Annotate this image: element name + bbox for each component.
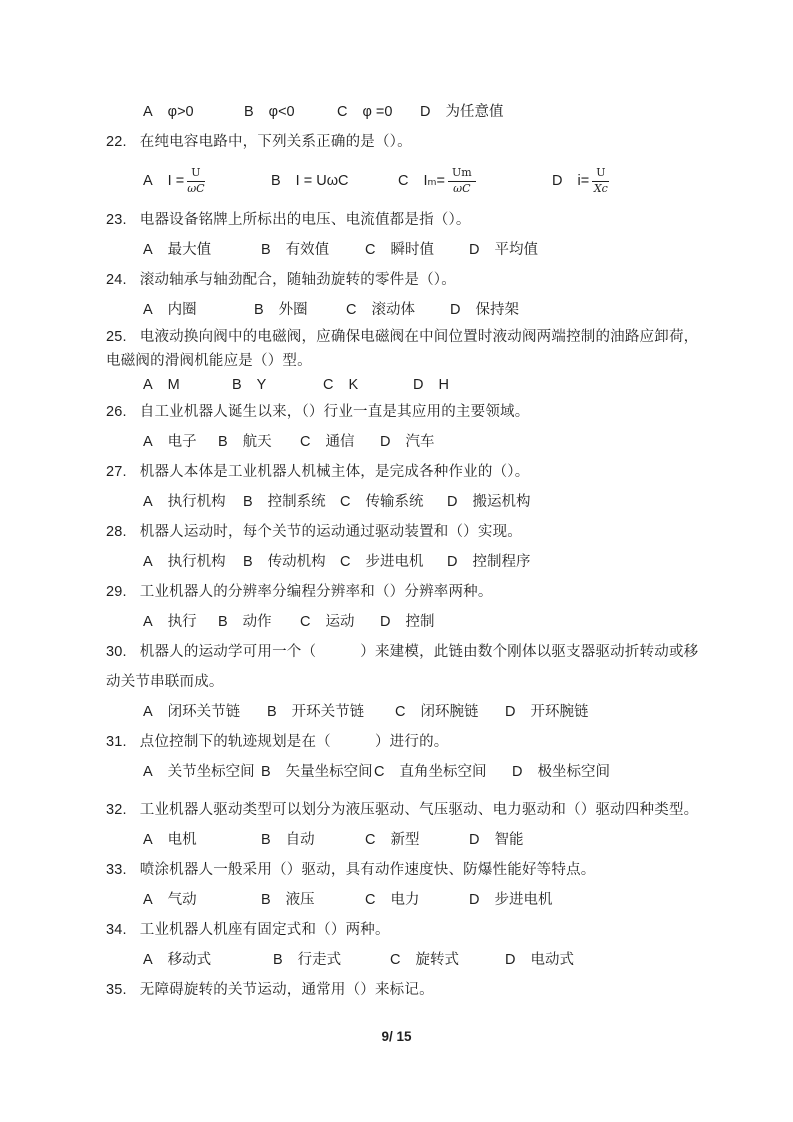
option-b: B行走式 — [273, 945, 390, 975]
question-text: 工业机器人的分辨率分编程分辨率和（）分辨率两种。 — [140, 584, 493, 600]
option-text: 闭环关节链 — [168, 697, 241, 727]
question-text: 电液动换向阀中的电磁阀，应确保电磁阀在中间位置时液动阀两端控制的油路应卸荷， — [140, 329, 699, 345]
question-22: 22.在纯电容电路中，下列关系正确的是（）。 AI =UωC BI = UωC … — [106, 127, 698, 205]
option-b: B矢量坐标空间 — [261, 757, 374, 787]
option-d: Di=UXc — [552, 157, 698, 205]
question-stem: 27.机器人本体是工业机器人机械主体，是完成各种作业的（）。 — [106, 457, 698, 487]
option-label: C — [390, 945, 400, 975]
option-label: D — [450, 295, 460, 325]
question-stem: 26.自工业机器人诞生以来，（）行业一直是其应用的主要领域。 — [106, 397, 698, 427]
option-b: BI = UωC — [271, 157, 398, 205]
question-number: 32. — [106, 795, 127, 825]
formula-pre: Iₘ= — [423, 157, 445, 205]
question-30: 30.机器人的运动学可用一个（ ）来建模，此链由数个刚体以驱支器驱动折转动或移动… — [106, 637, 698, 727]
option-text: 瞬时值 — [390, 235, 434, 265]
option-text: 电机 — [168, 825, 197, 855]
page-number: 9/ 15 — [0, 1022, 793, 1052]
option-text: 执行机构 — [168, 547, 226, 577]
option-b: B动作 — [218, 607, 300, 637]
option-label: B — [218, 607, 228, 637]
question-stem: 23.电器设备铭牌上所标出的电压、电流值都是指（）。 — [106, 205, 698, 235]
option-text: K — [348, 373, 358, 397]
option-label: D — [469, 885, 479, 915]
options-row: A执行 B动作 C运动 D控制 — [143, 607, 698, 637]
option-label: C — [300, 427, 310, 457]
option-d: D开环腕链 — [505, 697, 698, 727]
option-c: C运动 — [300, 607, 380, 637]
option-label: D — [380, 427, 390, 457]
question-text-line2: 动关节串联而成。 — [106, 667, 698, 697]
question-number: 30. — [106, 637, 127, 667]
option-text: 执行 — [168, 607, 197, 637]
fraction: UωC — [187, 167, 204, 195]
options-row: AM BY CK DH — [143, 373, 698, 397]
question-21-options-row: Aφ>0 Bφ<0 Cφ =0 D为任意值 — [143, 97, 698, 127]
option-c: C步进电机 — [340, 547, 447, 577]
option-text: 极坐标空间 — [537, 757, 610, 787]
option-a: A闭环关节链 — [143, 697, 267, 727]
question-text: 在纯电容电路中，下列关系正确的是（）。 — [140, 134, 412, 150]
question-text: 无障碍旋转的关节运动，通常用（）来标记。 — [140, 982, 434, 998]
option-text: 矢量坐标空间 — [286, 757, 373, 787]
formula-pre: i= — [577, 157, 589, 205]
option-text: 为任意值 — [445, 97, 503, 127]
option-d: D平均值 — [469, 235, 698, 265]
question-stem: 28.机器人运动时，每个关节的运动通过驱动装置和（）实现。 — [106, 517, 698, 547]
option-d: D汽车 — [380, 427, 698, 457]
question-number: 29. — [106, 577, 127, 607]
option-label: A — [143, 427, 153, 457]
option-a: A电机 — [143, 825, 261, 855]
option-b: Bφ<0 — [244, 97, 337, 127]
question-33: 33.喷涂机器人一般采用（）驱动，具有动作速度快、防爆性能好等特点。 A气动 B… — [106, 855, 698, 915]
option-a: A执行机构 — [143, 547, 243, 577]
question-32: 32.工业机器人驱动类型可以划分为液压驱动、气压驱动、电力驱动和（）驱动四种类型… — [106, 795, 698, 855]
document-page: Aφ>0 Bφ<0 Cφ =0 D为任意值 22.在纯电容电路中，下列关系正确的… — [0, 0, 793, 1122]
option-label: A — [143, 157, 153, 205]
fraction-numerator: Um — [448, 167, 476, 182]
question-number: 31. — [106, 727, 127, 757]
options-row: A内圈 B外圈 C滚动体 D保持架 — [143, 295, 698, 325]
option-c: C传输系统 — [340, 487, 447, 517]
question-number: 34. — [106, 915, 127, 945]
option-c: C新型 — [365, 825, 469, 855]
option-d: DH — [413, 373, 698, 397]
option-label: C — [337, 97, 347, 127]
question-stem: 22.在纯电容电路中，下列关系正确的是（）。 — [106, 127, 698, 157]
question-stem: 29.工业机器人的分辨率分编程分辨率和（）分辨率两种。 — [106, 577, 698, 607]
option-text: 传动机构 — [268, 547, 326, 577]
option-text: 旋转式 — [415, 945, 459, 975]
question-stem: 31.点位控制下的轨迹规划是在（ ）进行的。 — [106, 727, 698, 757]
option-c: C直角坐标空间 — [374, 757, 512, 787]
question-stem: 34.工业机器人机座有固定式和（）两种。 — [106, 915, 698, 945]
options-row: AI =UωC BI = UωC CIₘ=UmωC Di=UXc — [143, 157, 698, 205]
option-a: A移动式 — [143, 945, 273, 975]
option-text: 控制系统 — [268, 487, 326, 517]
question-number: 25. — [106, 325, 127, 349]
question-text: 机器人的运动学可用一个（ ）来建模，此链由数个刚体以驱支器驱动折转动或移 — [140, 644, 699, 660]
option-c: CIₘ=UmωC — [398, 157, 552, 205]
fraction-numerator: U — [592, 167, 609, 182]
option-label: C — [398, 157, 408, 205]
option-d: D控制程序 — [447, 547, 698, 577]
formula-pre: I = — [168, 157, 185, 205]
option-label: C — [365, 825, 375, 855]
options-row: A执行机构 B控制系统 C传输系统 D搬运机构 — [143, 487, 698, 517]
option-b: B外圈 — [254, 295, 346, 325]
option-b: B航天 — [218, 427, 300, 457]
option-text: φ>0 — [168, 97, 194, 127]
option-label: A — [143, 945, 153, 975]
option-label: B — [261, 825, 271, 855]
option-c: C通信 — [300, 427, 380, 457]
question-31: 31.点位控制下的轨迹规划是在（ ）进行的。 A关节坐标空间 B矢量坐标空间 C… — [106, 727, 698, 787]
option-label: A — [143, 607, 153, 637]
option-label: D — [505, 945, 515, 975]
option-d: D极坐标空间 — [512, 757, 698, 787]
question-text: 滚动轴承与轴劲配合，随轴劲旋转的零件是（）。 — [140, 272, 456, 288]
option-text: I = UωC — [296, 157, 349, 205]
option-text: 自动 — [286, 825, 315, 855]
fraction: UXc — [592, 167, 609, 195]
options-row: A移动式 B行走式 C旋转式 D电动式 — [143, 945, 698, 975]
question-24: 24.滚动轴承与轴劲配合，随轴劲旋转的零件是（）。 A内圈 B外圈 C滚动体 D… — [106, 265, 698, 325]
option-text: 执行机构 — [168, 487, 226, 517]
option-label: A — [143, 373, 153, 397]
option-label: D — [420, 97, 430, 127]
option-text: 电动式 — [530, 945, 574, 975]
option-label: D — [469, 825, 479, 855]
option-text: 步进电机 — [494, 885, 552, 915]
option-label: B — [244, 97, 254, 127]
option-b: B开环关节链 — [267, 697, 395, 727]
option-text: 汽车 — [405, 427, 434, 457]
option-a: A执行机构 — [143, 487, 243, 517]
option-label: C — [340, 487, 350, 517]
option-c: C滚动体 — [346, 295, 450, 325]
options-row: A闭环关节链 B开环关节链 C闭环腕链 D开环腕链 — [143, 697, 698, 727]
question-stem: 32.工业机器人驱动类型可以划分为液压驱动、气压驱动、电力驱动和（）驱动四种类型… — [106, 795, 698, 825]
option-label: B — [261, 885, 271, 915]
option-label: A — [143, 697, 153, 727]
option-text: 平均值 — [494, 235, 538, 265]
question-text-line2: 电磁阀的滑阀机能应是（）型。 — [106, 349, 698, 373]
option-label: C — [374, 757, 384, 787]
option-text: 搬运机构 — [472, 487, 530, 517]
option-label: C — [300, 607, 310, 637]
option-a: A气动 — [143, 885, 261, 915]
option-label: C — [323, 373, 333, 397]
question-number: 26. — [106, 397, 127, 427]
option-label: B — [232, 373, 242, 397]
options-row: A关节坐标空间 B矢量坐标空间 C直角坐标空间 D极坐标空间 — [143, 757, 698, 787]
option-text: 运动 — [325, 607, 354, 637]
option-b: B自动 — [261, 825, 365, 855]
option-text: 行走式 — [298, 945, 342, 975]
option-label: B — [271, 157, 281, 205]
question-stem: 24.滚动轴承与轴劲配合，随轴劲旋转的零件是（）。 — [106, 265, 698, 295]
option-text: 关节坐标空间 — [168, 757, 255, 787]
option-formula: i=UXc — [577, 157, 609, 205]
option-d: D为任意值 — [420, 97, 698, 127]
fraction-denominator: ωC — [448, 182, 476, 196]
option-text: 控制程序 — [472, 547, 530, 577]
option-label: B — [243, 547, 253, 577]
question-27: 27.机器人本体是工业机器人机械主体，是完成各种作业的（）。 A执行机构 B控制… — [106, 457, 698, 517]
option-c: C旋转式 — [390, 945, 505, 975]
option-label: C — [365, 235, 375, 265]
option-label: A — [143, 295, 153, 325]
option-text: 直角坐标空间 — [399, 757, 486, 787]
question-number: 24. — [106, 265, 127, 295]
question-stem: 25.电液动换向阀中的电磁阀，应确保电磁阀在中间位置时液动阀两端控制的油路应卸荷… — [106, 325, 698, 373]
question-35: 35.无障碍旋转的关节运动，通常用（）来标记。 — [106, 975, 698, 1005]
option-text: 内圈 — [168, 295, 197, 325]
options-row: A电机 B自动 C新型 D智能 — [143, 825, 698, 855]
fraction-denominator: ωC — [187, 182, 204, 196]
option-formula: Iₘ=UmωC — [423, 157, 475, 205]
option-text: 保持架 — [475, 295, 519, 325]
option-b: B有效值 — [261, 235, 365, 265]
option-b: B液压 — [261, 885, 365, 915]
option-label: A — [143, 825, 153, 855]
option-label: D — [447, 547, 457, 577]
question-text: 工业机器人驱动类型可以划分为液压驱动、气压驱动、电力驱动和（）驱动四种类型。 — [140, 802, 699, 818]
option-text: 电子 — [168, 427, 197, 457]
option-d: D保持架 — [450, 295, 698, 325]
option-text: 滚动体 — [371, 295, 415, 325]
option-text: 通信 — [325, 427, 354, 457]
option-label: B — [267, 697, 277, 727]
option-label: D — [413, 373, 423, 397]
fraction-denominator: Xc — [592, 182, 609, 196]
question-number: 27. — [106, 457, 127, 487]
question-25: 25.电液动换向阀中的电磁阀，应确保电磁阀在中间位置时液动阀两端控制的油路应卸荷… — [106, 325, 698, 397]
option-b: BY — [232, 373, 323, 397]
option-text: 闭环腕链 — [420, 697, 478, 727]
option-text: 有效值 — [286, 235, 330, 265]
option-text: Y — [257, 373, 267, 397]
option-label: D — [469, 235, 479, 265]
option-b: B控制系统 — [243, 487, 340, 517]
option-c: C电力 — [365, 885, 469, 915]
question-text: 自工业机器人诞生以来，（）行业一直是其应用的主要领域。 — [140, 404, 530, 420]
option-d: D控制 — [380, 607, 698, 637]
option-label: C — [346, 295, 356, 325]
question-23: 23.电器设备铭牌上所标出的电压、电流值都是指（）。 A最大值 B有效值 C瞬时… — [106, 205, 698, 265]
option-label: B — [254, 295, 264, 325]
options-row: A执行机构 B传动机构 C步进电机 D控制程序 — [143, 547, 698, 577]
option-label: C — [395, 697, 405, 727]
option-a: AM — [143, 373, 232, 397]
option-c: C闭环腕链 — [395, 697, 505, 727]
option-d: D电动式 — [505, 945, 698, 975]
option-label: B — [261, 235, 271, 265]
option-label: A — [143, 235, 153, 265]
option-text: φ<0 — [269, 97, 295, 127]
option-text: 航天 — [243, 427, 272, 457]
question-stem: 33.喷涂机器人一般采用（）驱动，具有动作速度快、防爆性能好等特点。 — [106, 855, 698, 885]
question-29: 29.工业机器人的分辨率分编程分辨率和（）分辨率两种。 A执行 B动作 C运动 … — [106, 577, 698, 637]
options-row: A气动 B液压 C电力 D步进电机 — [143, 885, 698, 915]
option-text: 步进电机 — [365, 547, 423, 577]
option-b: B传动机构 — [243, 547, 340, 577]
option-a: AI =UωC — [143, 157, 271, 205]
option-a: A关节坐标空间 — [143, 757, 261, 787]
option-label: A — [143, 97, 153, 127]
option-label: C — [340, 547, 350, 577]
question-stem: 35.无障碍旋转的关节运动，通常用（）来标记。 — [106, 975, 698, 1005]
option-formula: I =UωC — [168, 157, 205, 205]
option-a: A电子 — [143, 427, 218, 457]
option-text: 移动式 — [168, 945, 212, 975]
question-28: 28.机器人运动时，每个关节的运动通过驱动装置和（）实现。 A执行机构 B传动机… — [106, 517, 698, 577]
option-text: 外圈 — [279, 295, 308, 325]
option-label: A — [143, 487, 153, 517]
question-stem: 30.机器人的运动学可用一个（ ）来建模，此链由数个刚体以驱支器驱动折转动或移动… — [106, 637, 698, 697]
option-label: B — [261, 757, 271, 787]
option-label: D — [380, 607, 390, 637]
option-label: B — [218, 427, 228, 457]
option-text: 新型 — [390, 825, 419, 855]
question-number: 22. — [106, 127, 127, 157]
option-label: D — [552, 157, 562, 205]
option-c: Cφ =0 — [337, 97, 420, 127]
options-row: A电子 B航天 C通信 D汽车 — [143, 427, 698, 457]
option-label: C — [365, 885, 375, 915]
question-26: 26.自工业机器人诞生以来，（）行业一直是其应用的主要领域。 A电子 B航天 C… — [106, 397, 698, 457]
question-text: 机器人本体是工业机器人机械主体，是完成各种作业的（）。 — [140, 464, 530, 480]
option-d: D步进电机 — [469, 885, 698, 915]
option-label: D — [512, 757, 522, 787]
question-text: 点位控制下的轨迹规划是在（ ）进行的。 — [140, 734, 449, 750]
question-number: 35. — [106, 975, 127, 1005]
question-text: 机器人运动时，每个关节的运动通过驱动装置和（）实现。 — [140, 524, 522, 540]
option-label: D — [505, 697, 515, 727]
option-label: B — [273, 945, 283, 975]
question-text: 喷涂机器人一般采用（）驱动，具有动作速度快、防爆性能好等特点。 — [140, 862, 596, 878]
option-text: 开环腕链 — [530, 697, 588, 727]
option-text: M — [168, 373, 180, 397]
option-text: 最大值 — [168, 235, 212, 265]
option-text: φ =0 — [362, 97, 392, 127]
question-34: 34.工业机器人机座有固定式和（）两种。 A移动式 B行走式 C旋转式 D电动式 — [106, 915, 698, 975]
options-row: A最大值 B有效值 C瞬时值 D平均值 — [143, 235, 698, 265]
option-text: 开环关节链 — [292, 697, 365, 727]
question-number: 23. — [106, 205, 127, 235]
option-label: A — [143, 547, 153, 577]
option-text: 智能 — [494, 825, 523, 855]
option-label: A — [143, 885, 153, 915]
question-number: 33. — [106, 855, 127, 885]
option-a: A内圈 — [143, 295, 254, 325]
option-text: 电力 — [390, 885, 419, 915]
option-text: 传输系统 — [365, 487, 423, 517]
fraction: UmωC — [448, 167, 476, 195]
option-c: C瞬时值 — [365, 235, 469, 265]
option-text: 液压 — [286, 885, 315, 915]
question-text: 电器设备铭牌上所标出的电压、电流值都是指（）。 — [140, 212, 471, 228]
option-d: D智能 — [469, 825, 698, 855]
question-number: 28. — [106, 517, 127, 547]
option-a: A最大值 — [143, 235, 261, 265]
fraction-numerator: U — [187, 167, 204, 182]
option-text: 动作 — [243, 607, 272, 637]
option-label: B — [243, 487, 253, 517]
question-text: 工业机器人机座有固定式和（）两种。 — [140, 922, 390, 938]
option-d: D搬运机构 — [447, 487, 698, 517]
option-text: 气动 — [168, 885, 197, 915]
option-a: A执行 — [143, 607, 218, 637]
option-text: H — [438, 373, 448, 397]
option-text: 控制 — [405, 607, 434, 637]
option-a: Aφ>0 — [143, 97, 244, 127]
option-c: CK — [323, 373, 413, 397]
option-label: A — [143, 757, 153, 787]
option-label: D — [447, 487, 457, 517]
